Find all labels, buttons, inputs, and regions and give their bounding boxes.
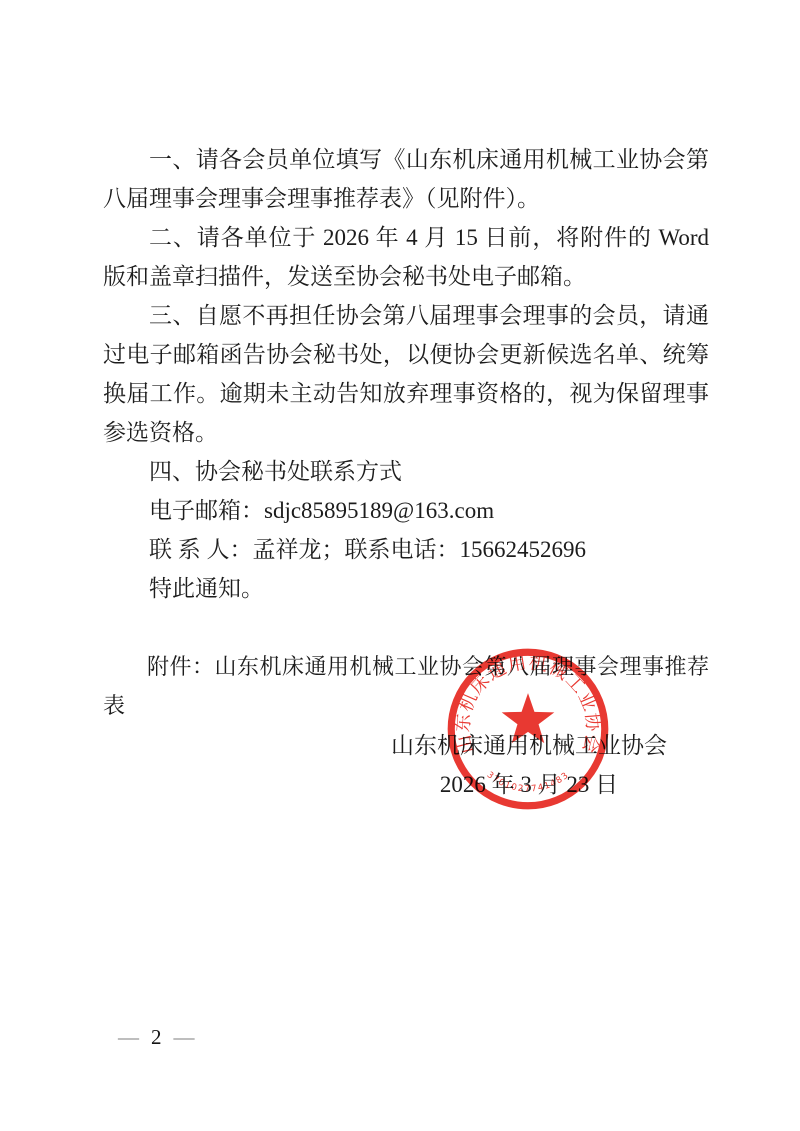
paragraph-email-line: 电子邮箱：sdjc85895189@163.com — [103, 491, 709, 530]
star-icon — [502, 693, 555, 743]
attachment-line: 附件：山东机床通用机械工业协会第八届理事会理事推荐表 — [103, 647, 709, 725]
official-seal: 山东机床通用机械工业协会 3701027741483 — [441, 642, 615, 816]
notice-body: 一、请各会员单位填写《山东机床通用机械工业协会第八届理事会理事会理事推荐表》（见… — [103, 140, 709, 725]
document-page: 一、请各会员单位填写《山东机床通用机械工业协会第八届理事会理事会理事推荐表》（见… — [0, 0, 800, 1131]
paragraph-contact-heading: 四、协会秘书处联系方式 — [103, 452, 709, 491]
page-number: 2 — [151, 1025, 162, 1049]
paragraph-submission-deadline: 二、请各单位于 2026 年 4 月 15 日前，将附件的 Word 版和盖章扫… — [103, 218, 709, 296]
footer-left-dash: — — [118, 1025, 139, 1049]
paragraph-opt-out-instructions: 三、自愿不再担任协会第八届理事会理事的会员，请通过电子邮箱函告协会秘书处，以便协… — [103, 296, 709, 452]
paragraph-fill-recommendation-form: 一、请各会员单位填写《山东机床通用机械工业协会第八届理事会理事会理事推荐表》（见… — [103, 140, 709, 218]
seal-code: 3701027741483 — [485, 770, 572, 794]
paragraph-contact-person-line: 联 系 人：孟祥龙；联系电话：15662452696 — [103, 530, 709, 569]
paragraph-closing: 特此通知。 — [103, 569, 709, 608]
footer-right-dash: — — [174, 1025, 195, 1049]
page-footer: —2— — [118, 1024, 195, 1050]
